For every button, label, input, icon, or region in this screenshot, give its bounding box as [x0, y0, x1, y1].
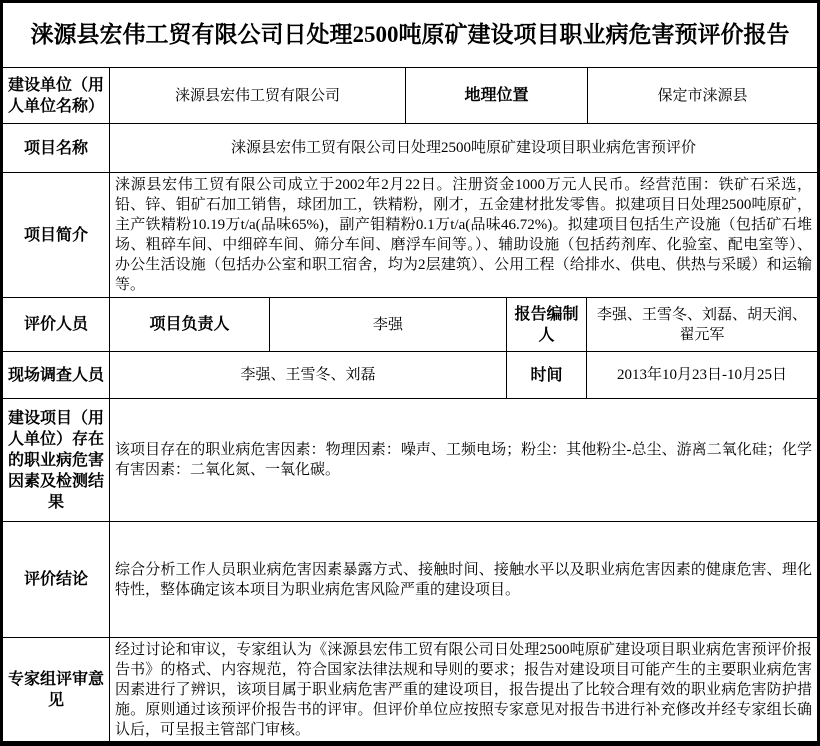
- row-site-survey: 现场调查人员 李强、王雪冬、刘磊 时间 2013年10月23日-10月25日: [3, 351, 817, 398]
- project-intro-text: 涞源县宏伟工贸有限公司成立于2002年2月22日。注册资金1000万元人民币。经…: [115, 175, 812, 295]
- project-name-label: 项目名称: [3, 124, 109, 172]
- location-value: 保定市涞源县: [587, 68, 817, 123]
- report-table: 涞源县宏伟工贸有限公司日处理2500吨原矿建设项目职业病危害预评价报告 建设单位…: [0, 0, 820, 746]
- project-leader-value: 李强: [269, 298, 506, 351]
- conclusion-value: 综合分析工作人员职业病危害因素暴露方式、接触时间、接触水平以及职业病危害因素的健…: [109, 522, 817, 637]
- report-writers-label: 报告编制人: [506, 298, 586, 351]
- row-construction-unit: 建设单位（用人单位名称） 涞源县宏伟工贸有限公司 地理位置 保定市涞源县: [3, 67, 817, 123]
- expert-review-value: 经过讨论和审议，专家组认为《涞源县宏伟工贸有限公司日处理2500吨原矿建设项目职…: [109, 638, 817, 742]
- expert-review-label: 专家组评审意见: [3, 638, 109, 742]
- project-leader-label: 项目负责人: [109, 298, 269, 351]
- row-expert-review: 专家组评审意见 经过讨论和审议，专家组认为《涞源县宏伟工贸有限公司日处理2500…: [3, 637, 817, 742]
- hazards-label: 建设项目（用人单位）存在的职业病危害因素及检测结果: [3, 399, 109, 521]
- hazards-value: 该项目存在的职业病危害因素：物理因素：噪声、工频电场；粉尘：其他粉尘-总尘、游离…: [109, 399, 817, 521]
- conclusion-label: 评价结论: [3, 522, 109, 637]
- hazards-text: 该项目存在的职业病危害因素：物理因素：噪声、工频电场；粉尘：其他粉尘-总尘、游离…: [115, 440, 812, 480]
- row-project-name: 项目名称 涞源县宏伟工贸有限公司日处理2500吨原矿建设项目职业病危害预评价: [3, 123, 817, 172]
- survey-time-value: 2013年10月23日-10月25日: [586, 352, 817, 398]
- project-name-value: 涞源县宏伟工贸有限公司日处理2500吨原矿建设项目职业病危害预评价: [109, 124, 817, 172]
- conclusion-text: 综合分析工作人员职业病危害因素暴露方式、接触时间、接触水平以及职业病危害因素的健…: [115, 560, 812, 600]
- construction-unit-label: 建设单位（用人单位名称）: [3, 68, 109, 123]
- report-title: 涞源县宏伟工贸有限公司日处理2500吨原矿建设项目职业病危害预评价报告: [3, 3, 817, 67]
- row-hazards: 建设项目（用人单位）存在的职业病危害因素及检测结果 该项目存在的职业病危害因素：…: [3, 398, 817, 521]
- site-survey-label: 现场调查人员: [3, 352, 109, 398]
- row-conclusion: 评价结论 综合分析工作人员职业病危害因素暴露方式、接触时间、接触水平以及职业病危…: [3, 521, 817, 637]
- project-intro-label: 项目简介: [3, 173, 109, 297]
- project-intro-value: 涞源县宏伟工贸有限公司成立于2002年2月22日。注册资金1000万元人民币。经…: [109, 173, 817, 297]
- row-evaluators: 评价人员 项目负责人 李强 报告编制人 李强、王雪冬、刘磊、胡天润、翟元军: [3, 297, 817, 351]
- report-writers-value: 李强、王雪冬、刘磊、胡天润、翟元军: [586, 298, 817, 351]
- evaluators-label: 评价人员: [3, 298, 109, 351]
- row-project-intro: 项目简介 涞源县宏伟工贸有限公司成立于2002年2月22日。注册资金1000万元…: [3, 172, 817, 297]
- expert-review-text: 经过讨论和审议，专家组认为《涞源县宏伟工贸有限公司日处理2500吨原矿建设项目职…: [115, 640, 812, 740]
- location-label: 地理位置: [405, 68, 587, 123]
- survey-time-label: 时间: [506, 352, 586, 398]
- site-survey-value: 李强、王雪冬、刘磊: [109, 352, 506, 398]
- construction-unit-value: 涞源县宏伟工贸有限公司: [109, 68, 405, 123]
